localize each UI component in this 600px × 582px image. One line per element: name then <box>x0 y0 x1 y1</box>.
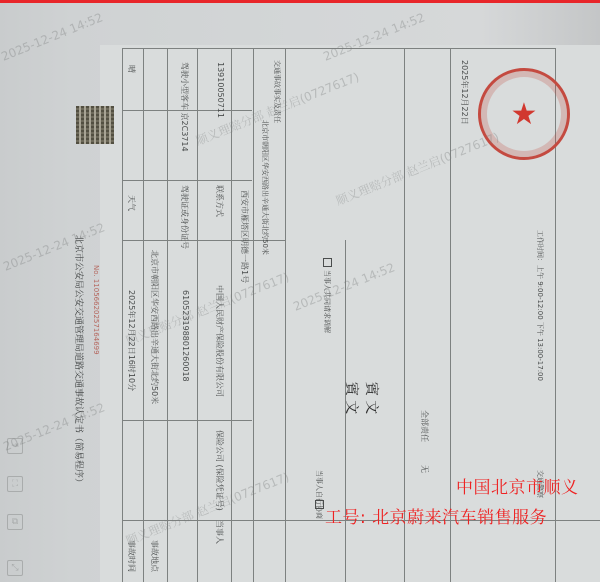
overlay-employee: 工号: 北京蔚来汽车销售服务 <box>325 503 547 528</box>
document-title: 北京市公安局公安交通管理局道路交通事故认定书（简易程序） <box>73 235 86 487</box>
phone-value: 13910050711 <box>216 62 225 118</box>
table-line <box>143 48 144 582</box>
scan-icon[interactable]: ⛶ <box>7 476 23 492</box>
self-negotiate-label: 当事人自行协商 <box>314 470 324 519</box>
table-line <box>122 420 252 421</box>
compare-icon[interactable]: ⧉ <box>7 514 23 530</box>
party-address: 西安市雁塔区明德一路1号 <box>239 190 250 283</box>
party-label: 当事人 <box>214 520 225 544</box>
none-label: 无 <box>419 465 430 473</box>
table-border <box>122 48 123 582</box>
expand-icon[interactable]: ⤡ <box>7 560 23 576</box>
table-line <box>122 180 252 181</box>
license-value: 610523198801260018 <box>181 290 190 382</box>
issue-date: 2025年12月22日 <box>459 60 470 125</box>
watermark-timestamp: 2025-12-24 14:52 <box>0 10 105 63</box>
office-hours: 工作时间：上午 9:00-12:00 下午 13:00-17:00 <box>535 230 545 381</box>
signature-1: 賓 文 <box>342 382 362 414</box>
serial-number: No. 11056620257164699 <box>92 265 100 355</box>
mediation-checkbox[interactable] <box>323 258 332 267</box>
table-line <box>285 48 286 582</box>
table-line <box>404 48 405 582</box>
table-line <box>450 48 451 582</box>
watermark-timestamp: 2025-12-24 14:52 <box>1 220 107 273</box>
weather-value: 晴 <box>126 65 137 73</box>
weather-label: 天气 <box>126 195 137 211</box>
top-red-bar <box>0 0 600 3</box>
overlay-location: 中国北京市顺义 <box>456 473 579 498</box>
responsibility-label: 全部责任 <box>419 410 430 442</box>
qr-code-pattern <box>76 106 114 144</box>
phone-label: 联系方式 <box>214 185 225 217</box>
table-line <box>253 48 254 582</box>
watermark-timestamp: 2025-12-24 14:52 <box>1 400 107 453</box>
facts-text: 北京市朝阳区华安西路出辛通大街北约50米 <box>260 120 270 255</box>
vehicle-value: 驾驶小型客车 京2C3714 <box>179 62 190 152</box>
location-label: 事故地点 <box>149 540 160 572</box>
signature-2: 賓 文 <box>362 382 382 414</box>
vehicle-label: 驾驶证或身份证号 <box>179 185 190 249</box>
